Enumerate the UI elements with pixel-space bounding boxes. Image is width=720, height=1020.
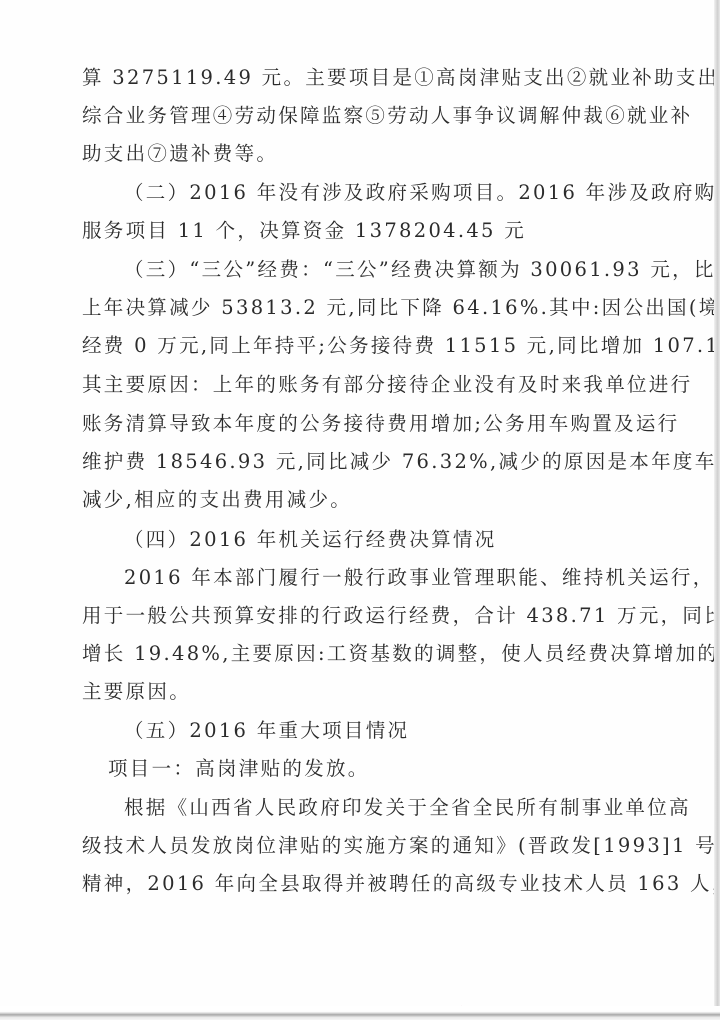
body-text-line: 其主要原因：上年的账务有部分接待企业没有及时来我单位进行 [82, 373, 692, 397]
body-text-line: 经费 0 万元,同上年持平;公务接待费 11515 元,同比增加 107.18%… [82, 334, 720, 358]
body-text-line: 精神，2016 年向全县取得并被聘任的高级专业技术人员 163 人， [82, 872, 720, 896]
scanned-page: 算 3275119.49 元。主要项目是①高岗津贴支出②就业补助支出③ 综合业务… [0, 0, 720, 1020]
body-text-line: 维护费 18546.93 元,同比减少 76.32%,减少的原因是本年度车辆 [82, 450, 720, 474]
body-text-line: 根据《山西省人民政府印发关于全省全民所有制事业单位高 [124, 796, 691, 820]
body-text-line: 用于一般公共预算安排的行政运行经费，合计 438.71 万元，同比 [82, 604, 720, 628]
section-heading-3: （三）“三公”经费：“三公”经费决算额为 30061.93 元，比 [124, 258, 716, 282]
scan-edge-right [714, 0, 720, 1020]
scan-edge-bottom [0, 1006, 720, 1020]
body-text-line: 账务清算导致本年度的公务接待费用增加;公务用车购置及运行 [82, 412, 679, 436]
project-title: 项目一：高岗津贴的发放。 [108, 757, 370, 781]
section-heading-5: （五）2016 年重大项目情况 [124, 719, 409, 743]
body-text-line: 主要原因。 [82, 680, 191, 704]
body-text-line: 综合业务管理④劳动保障监察⑤劳动人事争议调解仲裁⑥就业补 [82, 104, 692, 128]
body-text-line: 级技术人员发放岗位津贴的实施方案的通知》(晋政发[1993]1 号) [82, 834, 720, 858]
body-text-line: 增长 19.48%,主要原因:工资基数的调整，使人员经费决算增加的 [82, 642, 719, 666]
body-text-line: 上年决算减少 53813.2 元,同比下降 64.16%.其中:因公出国(境) [82, 296, 720, 320]
body-text-line: 服务项目 11 个，决算资金 1378204.45 元 [82, 219, 526, 243]
section-heading-2: （二）2016 年没有涉及政府采购项目。2016 年涉及政府购买 [124, 181, 720, 205]
body-text-line: 减少,相应的支出费用减少。 [82, 488, 352, 512]
section-heading-4: （四）2016 年机关运行经费决算情况 [124, 528, 497, 552]
body-text-line: 算 3275119.49 元。主要项目是①高岗津贴支出②就业补助支出③ [82, 66, 720, 90]
body-text-line: 助支出⑦遗补费等。 [82, 142, 278, 166]
body-text-line: 2016 年本部门履行一般行政事业管理职能、维持机关运行， [124, 566, 715, 590]
